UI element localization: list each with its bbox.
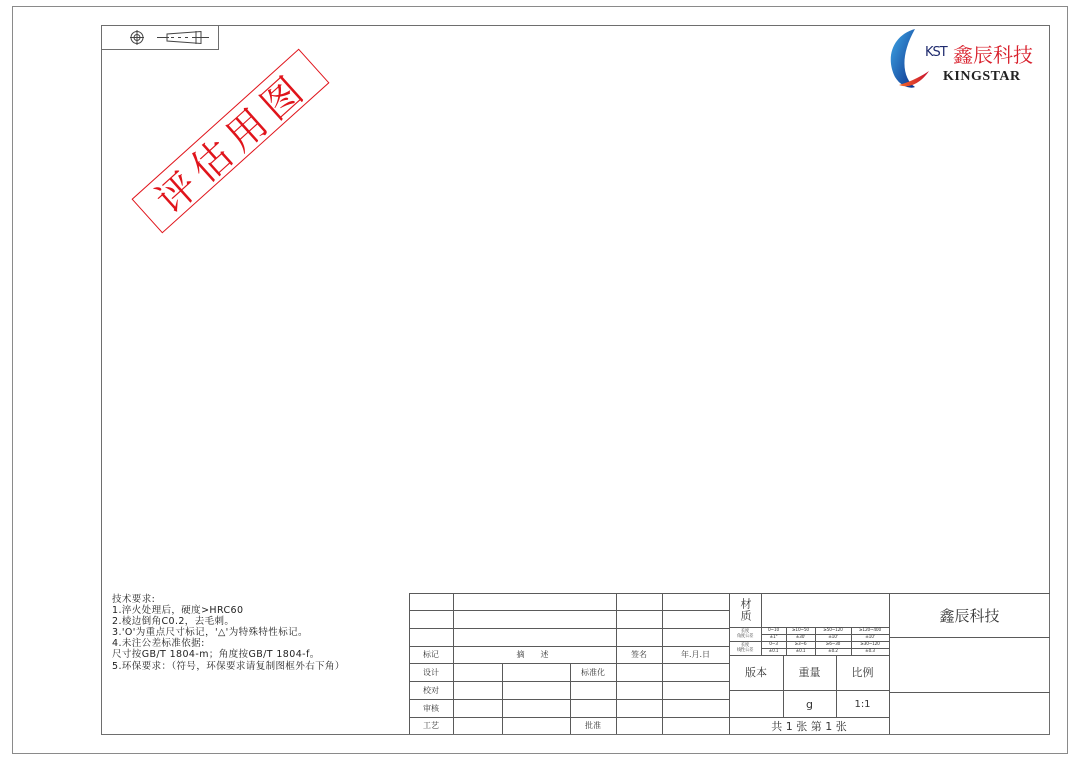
tol-cell: ±1°: [762, 634, 786, 641]
tol-cell: ≥6~30: [816, 641, 850, 648]
version-label: 版本: [729, 663, 783, 681]
role-review: 审核: [409, 699, 453, 717]
weight-label: 重量: [783, 663, 836, 681]
drawing-name-cell[interactable]: [889, 637, 1050, 692]
header-description: 摘 述: [453, 646, 616, 663]
role-approve: 批准: [570, 717, 616, 734]
tol-cell: ±0.2: [816, 648, 850, 655]
role-process: 工艺: [409, 717, 453, 734]
tol-cell: ≥10~50: [787, 627, 815, 634]
tol-cell: ≥120~400: [852, 627, 888, 634]
scale-value[interactable]: 1:1: [836, 691, 889, 717]
tol-cell: 0~10: [762, 627, 786, 634]
role-standardization: 标准化: [570, 663, 616, 681]
header-mark: 标记: [409, 646, 453, 663]
tol-cell: ≥50~120: [816, 627, 850, 634]
tol-cell: ±10': [852, 634, 888, 641]
material-value[interactable]: [761, 593, 889, 627]
angle-tolerance-label: 长度 角度公差: [730, 627, 760, 640]
title-block: 标记 摘 述 签名 年.月.日 设计 标准化 校对 审核 工艺 批准 材质 长度…: [0, 0, 1080, 766]
tol-cell: ≥3~6: [787, 641, 815, 648]
scale-label: 比例: [836, 663, 889, 681]
header-date: 年.月.日: [662, 646, 729, 663]
tol-cell: ±30': [787, 634, 815, 641]
tol-cell: ±10': [816, 634, 850, 641]
role-design: 设计: [409, 663, 453, 681]
weight-value[interactable]: g: [783, 691, 836, 717]
drawing-number-cell[interactable]: [889, 692, 1050, 734]
tol-cell: ±0.1: [762, 648, 786, 655]
tol-cell: 0~3: [762, 641, 786, 648]
linear-tolerance-label: 长度 线性公差: [730, 641, 760, 654]
header-signature: 签名: [616, 646, 662, 663]
sheet-count: 共 1 张 第 1 张: [729, 717, 889, 734]
material-label: 材质: [729, 595, 761, 625]
tol-cell: ≥30~120: [852, 641, 888, 648]
role-check: 校对: [409, 681, 453, 699]
tol-cell: ±0.3: [852, 648, 888, 655]
version-value[interactable]: [729, 691, 783, 717]
tol-cell: ±0.1: [787, 648, 815, 655]
company-name: 鑫辰科技: [889, 593, 1050, 637]
